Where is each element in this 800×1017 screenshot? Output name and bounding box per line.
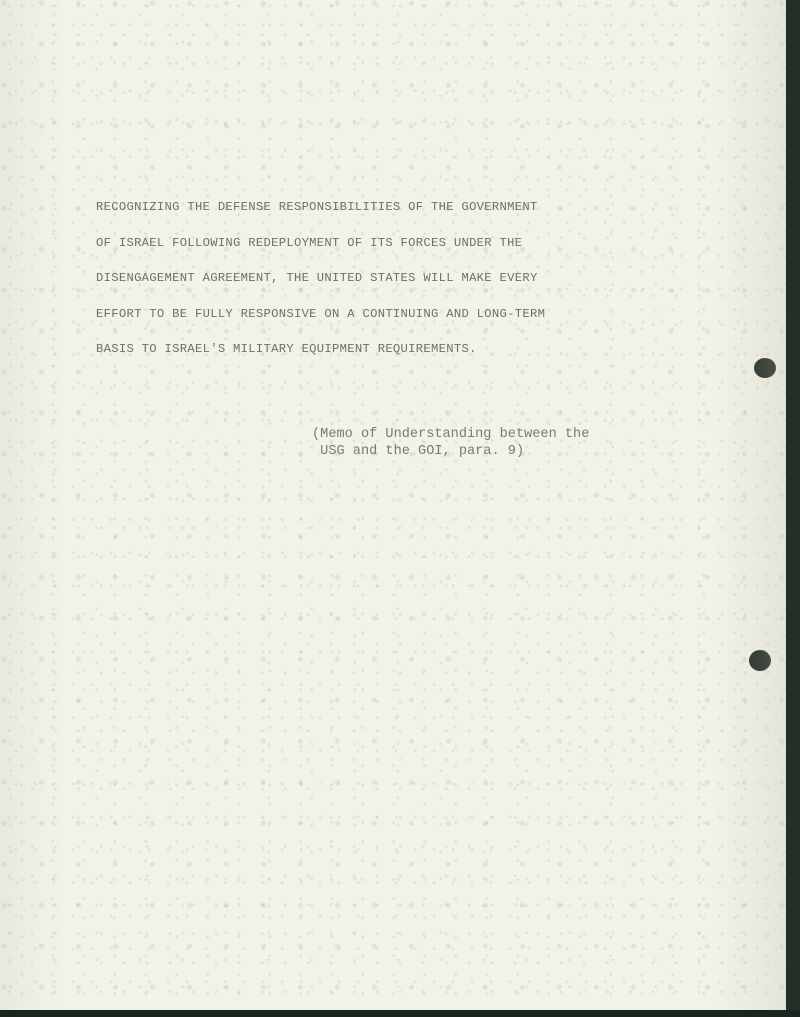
punch-hole-icon bbox=[754, 358, 776, 378]
document-page: RECOGNIZING THE DEFENSE RESPONSIBILITIES… bbox=[0, 0, 786, 1010]
quoted-paragraph: RECOGNIZING THE DEFENSE RESPONSIBILITIES… bbox=[96, 190, 676, 368]
punch-hole-icon bbox=[749, 650, 771, 671]
paragraph-line: RECOGNIZING THE DEFENSE RESPONSIBILITIES… bbox=[96, 190, 676, 226]
paragraph-line: OF ISRAEL FOLLOWING REDEPLOYMENT OF ITS … bbox=[96, 226, 676, 262]
citation-line: (Memo of Understanding between the bbox=[312, 426, 589, 443]
paragraph-line: BASIS TO ISRAEL'S MILITARY EQUIPMENT REQ… bbox=[96, 332, 676, 368]
scan-border-right bbox=[786, 0, 800, 1017]
citation: (Memo of Understanding between the USG a… bbox=[312, 426, 589, 460]
citation-line: USG and the GOI, para. 9) bbox=[312, 443, 589, 460]
paragraph-line: EFFORT TO BE FULLY RESPONSIVE ON A CONTI… bbox=[96, 297, 676, 333]
scan-border-bottom bbox=[0, 1010, 800, 1017]
paragraph-line: DISENGAGEMENT AGREEMENT, THE UNITED STAT… bbox=[96, 261, 676, 297]
